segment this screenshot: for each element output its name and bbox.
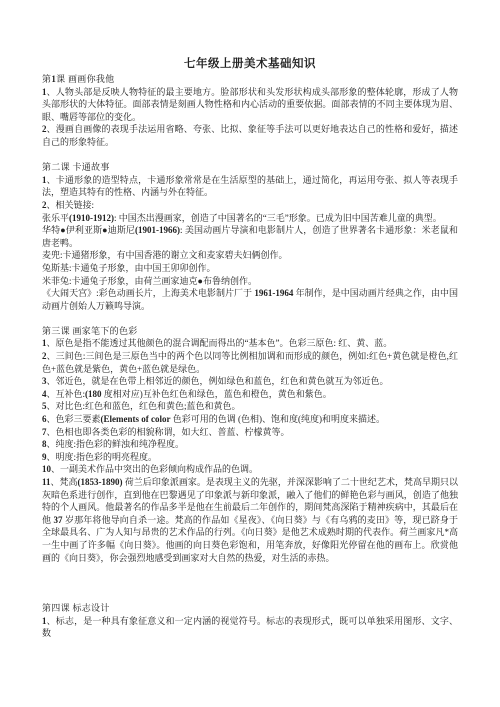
paragraph: 张乐平(1910-1912): 中国杰出漫画家，创造了中国著名的“三毛”形象。已…: [42, 212, 458, 225]
text-run: 第四课 标志设计: [42, 603, 110, 613]
text-run: 、色相也即各类色彩的相貌称谓，如大红、普蓝、柠檬黄等。: [47, 427, 290, 437]
section-heading: 第二课 卡通故事: [42, 161, 458, 174]
text-run: (1910-1912): [69, 213, 114, 223]
blank-line: [42, 577, 458, 590]
text-run: 第二课 卡通故事: [42, 162, 110, 172]
text-run: 张乐平: [42, 213, 69, 223]
text-run: 10: [42, 464, 51, 474]
paragraph: 1、卡通形象的造型特点，卡通形象常常是在生活原型的基础上，通过简化，再运用夸张、…: [42, 174, 458, 199]
paragraph: 麦兜:卡通猪形象，有中国香港的谢立文和麦家碧夫妇俩创作。: [42, 249, 458, 262]
blank-line: [42, 564, 458, 577]
paragraph: 11、梵高(1853-1890) 荷兰后印象派画家。是表现主义的先驱，并深深影响…: [42, 476, 458, 564]
paragraph: 5、对比色:红色和蓝色，红色和黄色;蓝色和黄色。: [42, 400, 458, 413]
text-run: 、色彩三要素: [47, 414, 101, 424]
paragraph: 1、人物头部是反映人物特征的最主要地方。脸部形状和头发形状构成头部形象的整体轮廓…: [42, 86, 458, 124]
text-run: 麦兜:卡通猪形象，有中国香港的谢立文和麦家碧夫妇俩创作。: [42, 250, 288, 260]
paragraph: 兔斯基:卡通兔子形象，由中国王卯卯创作。: [42, 262, 458, 275]
text-run: 、互补色:: [47, 389, 86, 399]
text-run: 岁那年将他导向自杀一途。梵高的作品如《星夜》、《向日葵》与《有乌鸦的麦田》等，现…: [42, 515, 458, 563]
paragraph: 《大闹天宫》:彩色动画长片，上海美术电影制片厂于 1961-1964 年制作，是…: [42, 287, 458, 312]
paragraph: 7、色相也即各类色彩的相貌称谓，如大红、普蓝、柠檬黄等。: [42, 426, 458, 439]
text-run: 第三课 画家笔下的色彩: [42, 326, 138, 336]
paragraph: 4、互补色:(180 度相对应)互补色红色和绿色，蓝色和橙色，黄色和紫色。: [42, 388, 458, 401]
blank-line: [42, 589, 458, 602]
text-run: (1901-1966): [135, 225, 180, 235]
text-run: 、漫画自画像的表现手法运用省略、夸张、比拟、象征等手法可以更好地表达自己的性格和…: [42, 124, 458, 147]
blank-line: [42, 149, 458, 162]
text-run: 11: [42, 477, 51, 487]
paragraph: 8、纯度:指色彩的鲜浊和纯净程度。: [42, 438, 458, 451]
text-run: 、卡通形象的造型特点，卡通形象常常是在生活原型的基础上，通过简化，再运用夸张、拟…: [42, 175, 458, 198]
text-run: 、标志，是一种具有象征意义和一定内涵的视觉符号。标志的表现形式，既可以单独采用图…: [42, 616, 458, 639]
text-run: (1853-1890): [78, 477, 123, 487]
text-run: 、相关链接:: [47, 200, 95, 210]
text-run: 度相对应)互补色红色和绿色，蓝色和橙色，黄色和紫色。: [102, 389, 332, 399]
text-run: 、人物头部是反映人物特征的最主要地方。脸部形状和头发形状构成头部形象的整体轮廓，…: [42, 87, 458, 122]
text-run: 课 画画你我他: [56, 74, 114, 84]
text-run: 色彩可用的色调 (色相)、饱和度(纯度)和明度来描述。: [171, 414, 386, 424]
text-run: (Elements of color: [101, 414, 171, 424]
blank-line: [42, 312, 458, 325]
section-heading: 第四课 标志设计: [42, 602, 458, 615]
text-run: 米菲兔:卡通兔子形象，由荷兰画家迪克●布鲁纳创作。: [42, 276, 257, 286]
text-run: 兔斯基:卡通兔子形象，由中国王卯卯创作。: [42, 263, 216, 273]
text-run: (180: [85, 389, 102, 399]
section-heading: 第三课 画家笔下的色彩: [42, 325, 458, 338]
paragraph: 2、相关链接:: [42, 199, 458, 212]
paragraph: 9、明度:指色彩的明亮程度。: [42, 451, 458, 464]
text-run: 、对比色:红色和蓝色，红色和黄色;蓝色和黄色。: [47, 401, 241, 411]
paragraph: 2、三间色:三间色是三原色当中的两个色以同等比例相加调和而形成的颜色，例如:红色…: [42, 350, 458, 375]
text-run: 、一副美术作品中突出的色彩倾向构成作品的色调。: [51, 464, 258, 474]
paragraph: 2、漫画自画像的表现手法运用省略、夸张、比拟、象征等手法可以更好地表达自己的性格…: [42, 123, 458, 148]
text-run: 、三间色:三间色是三原色当中的两个色以同等比例相加调和而形成的颜色，例如:红色+…: [42, 351, 458, 374]
text-run: 、纯度:指色彩的鲜浊和纯净程度。: [47, 439, 185, 449]
paragraph: 1、标志，是一种具有象征意义和一定内涵的视觉符号。标志的表现形式，既可以单独采用…: [42, 615, 458, 640]
document-page: 七年级上册美术基础知识 第1课 画画你我他1、人物头部是反映人物特征的最主要地方…: [0, 0, 500, 707]
document-title: 七年级上册美术基础知识: [42, 57, 458, 71]
text-run: 华特●伊利亚斯●迪斯尼: [42, 225, 135, 235]
text-run: 37: [54, 515, 63, 525]
text-run: 《大闹天宫》:彩色动画长片，上海美术电影制片厂于: [42, 288, 254, 298]
paragraph: 6、色彩三要素(Elements of color 色彩可用的色调 (色相)、饱…: [42, 413, 458, 426]
paragraph: 华特●伊利亚斯●迪斯尼(1901-1966): 美国动画片导演和电影制片人，创造…: [42, 224, 458, 249]
paragraph: 米菲兔:卡通兔子形象，由荷兰画家迪克●布鲁纳创作。: [42, 275, 458, 288]
paragraph: 1、原色是指不能透过其他颜色的混合调配而得出的“基本色”。色彩三原色: 红、黄、…: [42, 337, 458, 350]
text-run: 、梵高: [51, 477, 78, 487]
text-run: 、明度:指色彩的明亮程度。: [47, 452, 158, 462]
text-run: : 中国杰出漫画家，创造了中国著名的“三毛”形象。已成为旧中国苦难儿童的典型。: [114, 213, 442, 223]
section-heading: 第1课 画画你我他: [42, 73, 458, 86]
text-run: 第: [42, 74, 51, 84]
paragraph: 10、一副美术作品中突出的色彩倾向构成作品的色调。: [42, 463, 458, 476]
document-body: 第1课 画画你我他1、人物头部是反映人物特征的最主要地方。脸部形状和头发形状构成…: [42, 73, 458, 640]
paragraph: 3、邻近色，就是在色带上相邻近的颜色，例如绿色和蓝色，红色和黄色就互为邻近色。: [42, 375, 458, 388]
text-run: 、原色是指不能透过其他颜色的混合调配而得出的“基本色”。色彩三原色: 红、黄、蓝…: [47, 338, 393, 348]
text-run: 、邻近色，就是在色带上相邻近的颜色，例如绿色和蓝色，红色和黄色就互为邻近色。: [47, 376, 389, 386]
text-run: 1961-1964: [254, 288, 293, 298]
